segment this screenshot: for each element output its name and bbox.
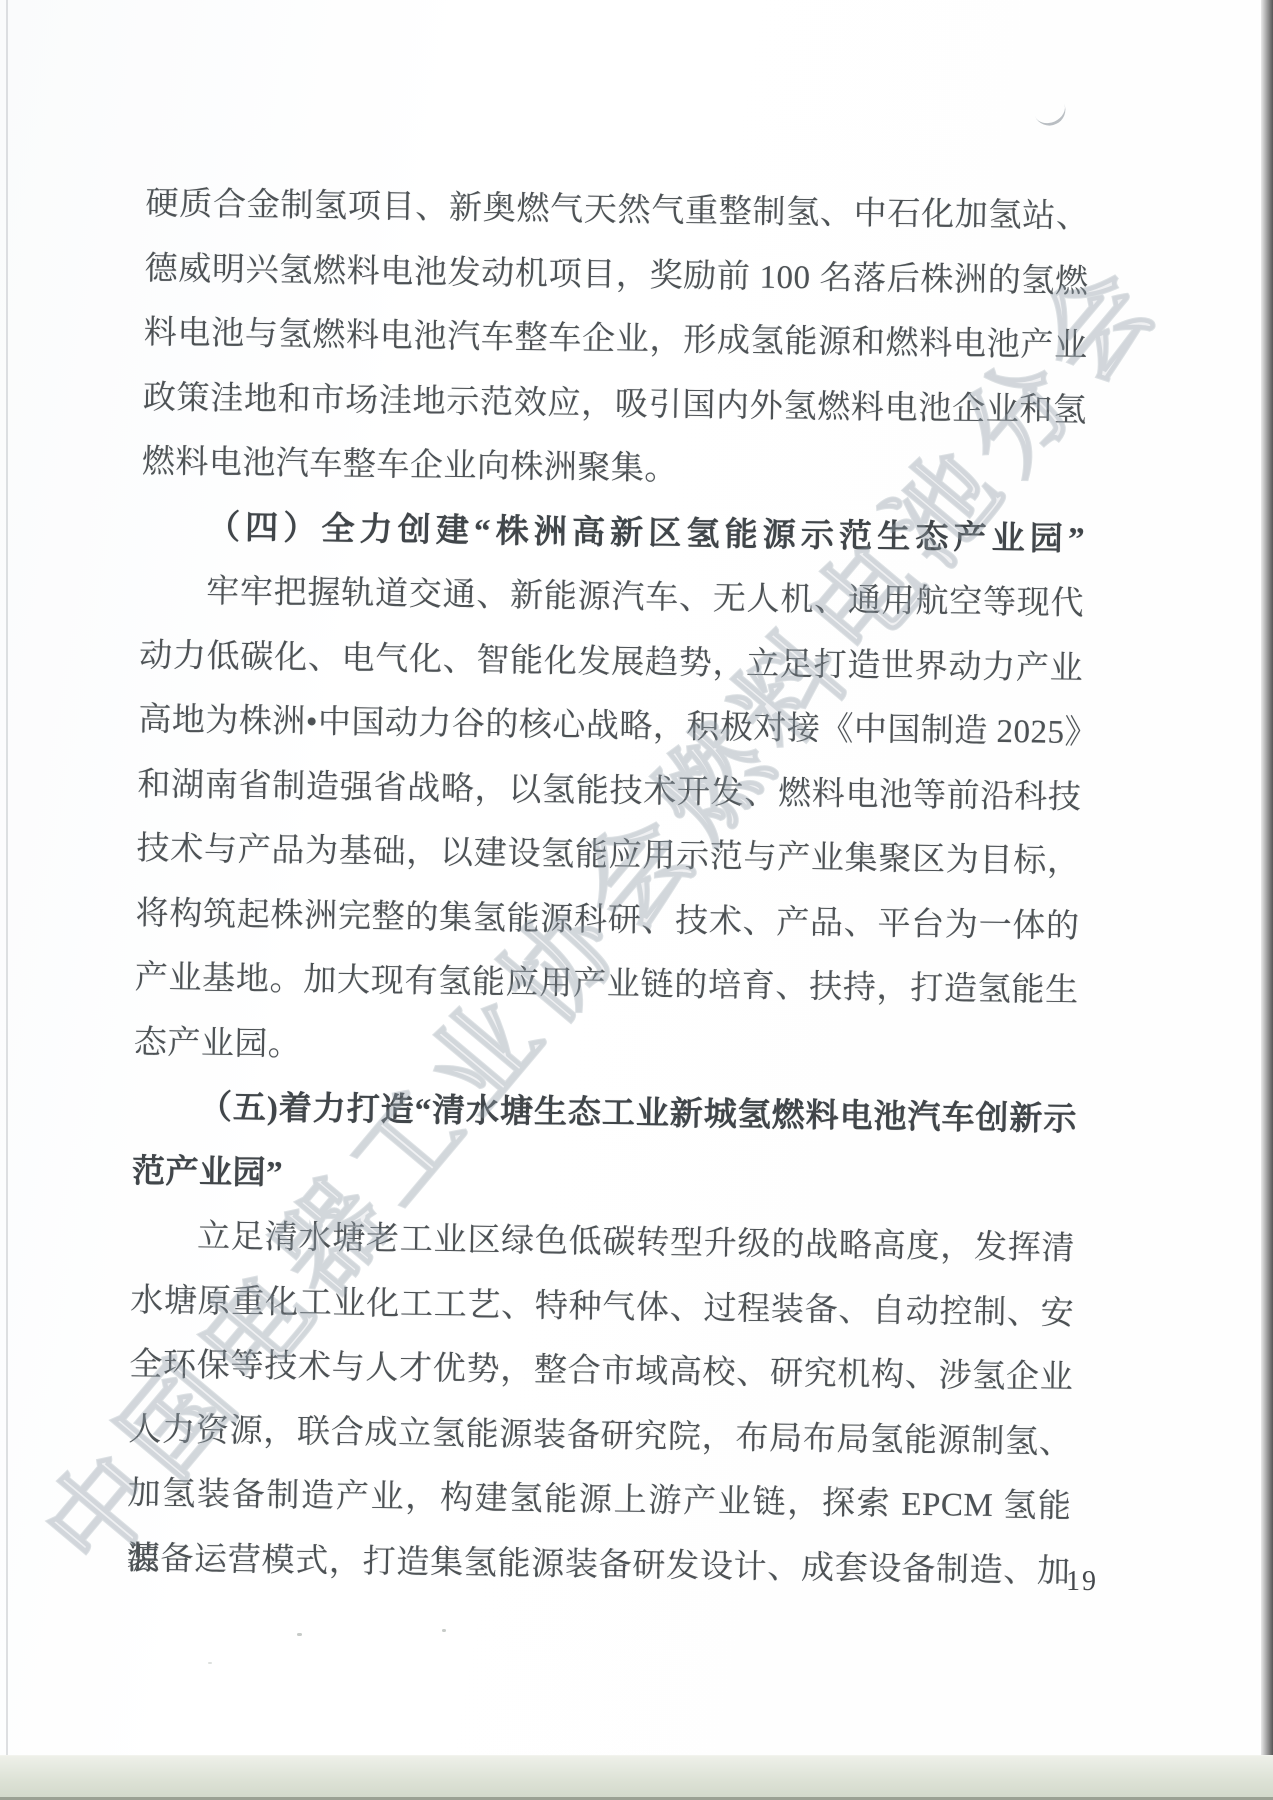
scan-speck xyxy=(297,1633,302,1636)
page-number: 19 xyxy=(1066,1566,1098,1598)
page-left-edge xyxy=(6,0,8,1758)
scan-artifact-curve xyxy=(1034,100,1071,130)
document-body: 硬质合金制氢项目、新奥燃气天然气重整制氢、中石化加氢站、 德威明兴氢燃料电池发动… xyxy=(126,172,1090,1604)
scan-speck xyxy=(208,1662,212,1664)
text-line: 装备运营模式，打造集氢能源装备研发设计、成套设备制造、加 xyxy=(126,1526,1071,1604)
scanned-document-page: { "watermark": { "text": "中国电器工业协会燃料电池分会… xyxy=(0,0,1273,1800)
scan-speck xyxy=(442,1629,446,1632)
page-right-edge xyxy=(1261,0,1273,1800)
page-bottom-scan-band xyxy=(0,1755,1273,1800)
